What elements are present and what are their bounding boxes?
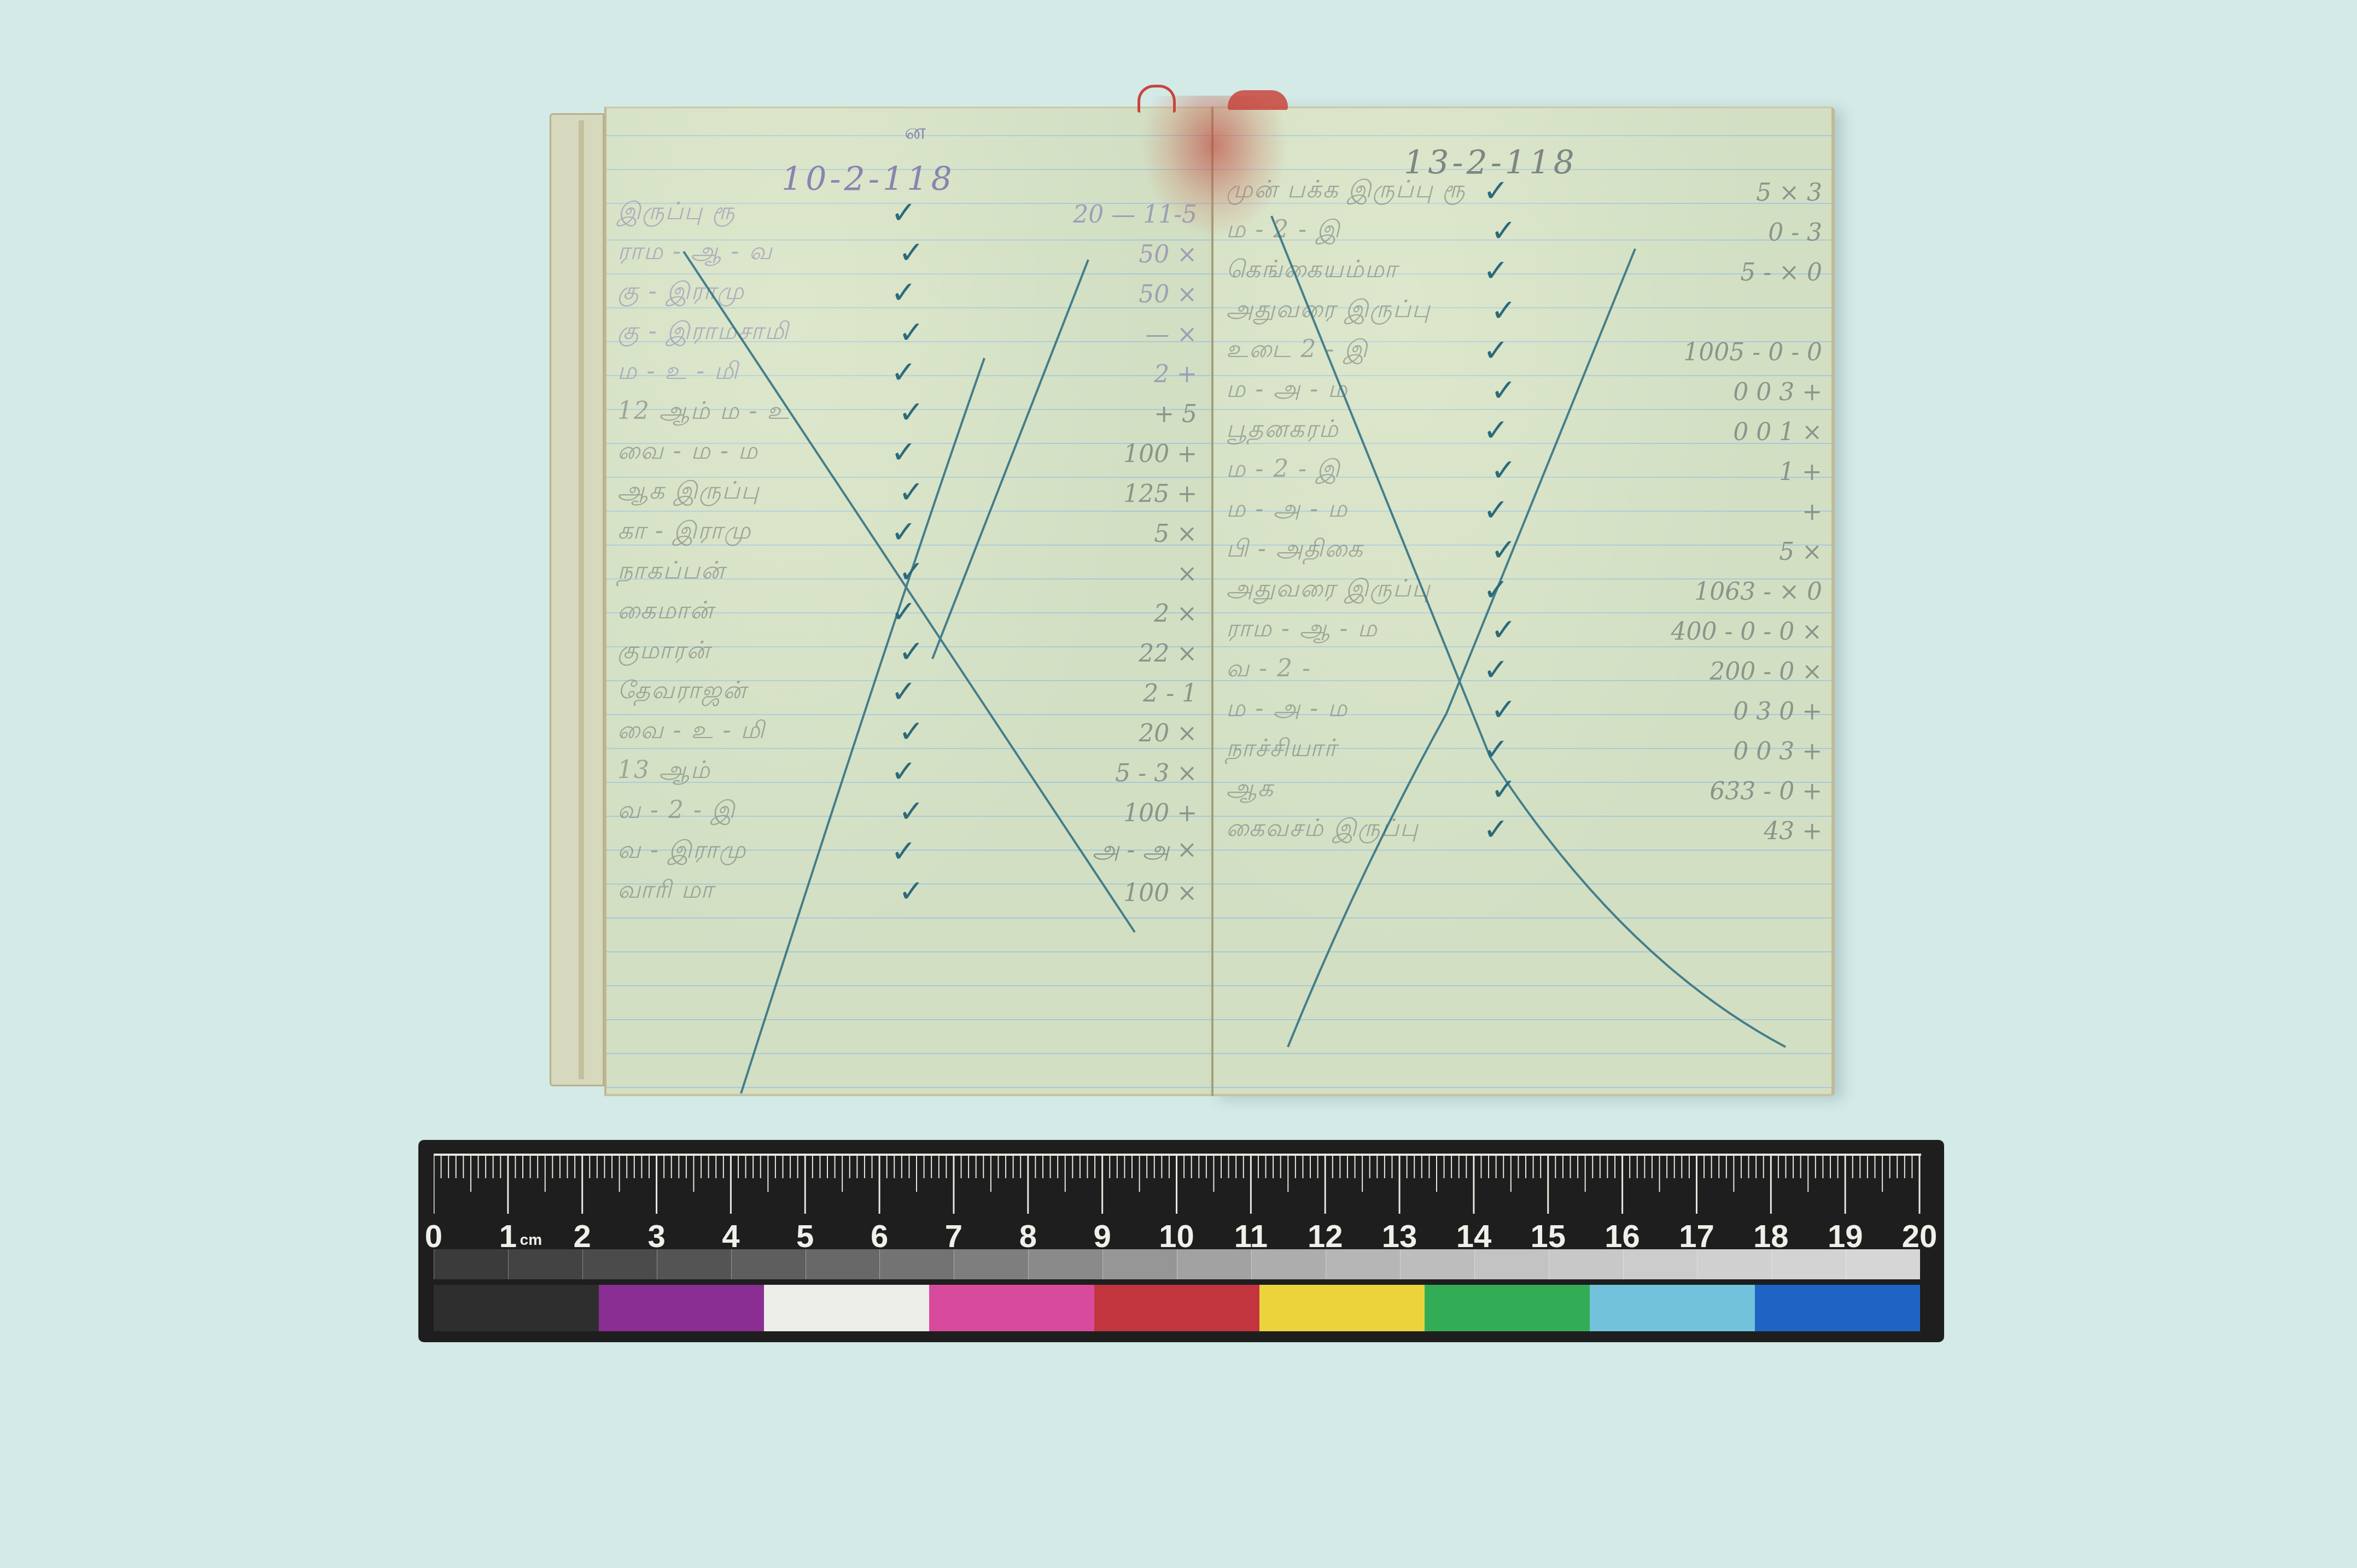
grayscale-step: [879, 1249, 954, 1279]
ledger-entry: ம - அ - ம0 0 3 +✓: [1226, 373, 1822, 406]
color-patch-yellow: [1259, 1285, 1425, 1331]
color-patch-white: [764, 1285, 929, 1331]
entry-description: நாகப்பன்: [617, 557, 726, 588]
entry-description: உடை 2 - இ: [1226, 335, 1368, 366]
ruler-unit-label: cm: [520, 1231, 542, 1249]
checkmark-icon: ✓: [1483, 173, 1509, 209]
entry-description: கா - இராமு: [617, 517, 751, 548]
entry-description: அதுவரை இருப்பு: [1226, 575, 1431, 606]
entry-amount: 1 +: [1779, 458, 1822, 486]
entry-description: வை - உ - மி: [617, 716, 766, 747]
checkmark-icon: ✓: [891, 834, 917, 869]
entry-description: ஆக இருப்பு: [617, 477, 760, 508]
checkmark-icon: ✓: [1491, 293, 1516, 329]
entry-amount: 1005 - 0 - 0: [1683, 338, 1822, 366]
grayscale-strip: [434, 1249, 1920, 1279]
entry-description: நாச்சியார்: [1226, 734, 1338, 765]
entry-description: ம - அ - ம: [1226, 495, 1348, 526]
ledger-entry: கு - இராமசாமி— ×✓: [617, 315, 1197, 348]
checkmark-icon: ✓: [899, 794, 924, 829]
entry-description: கு - இராமசாமி: [617, 317, 789, 348]
checkmark-icon: ✓: [1491, 373, 1516, 408]
ledger-entry: வ - 2 - 200 - 0 ×✓: [1226, 653, 1822, 686]
grayscale-step: [1251, 1249, 1326, 1279]
checkmark-icon: ✓: [899, 714, 924, 750]
grayscale-step: [1028, 1249, 1102, 1279]
ledger-entry: கைமான்2 ×✓: [617, 595, 1197, 628]
checkmark-icon: ✓: [899, 395, 924, 430]
ledger-entry: ம - 2 - இ1 +✓: [1226, 453, 1822, 486]
grayscale-step: [434, 1249, 508, 1279]
checkmark-icon: ✓: [899, 315, 924, 350]
checkmark-icon: ✓: [1483, 732, 1509, 768]
grayscale-step: [1400, 1249, 1474, 1279]
entry-description: ம - உ - மி: [617, 357, 739, 388]
entry-amount: 5 × 3: [1756, 179, 1822, 207]
grayscale-step: [954, 1249, 1028, 1279]
entry-description: அதுவரை இருப்பு: [1226, 295, 1431, 326]
grayscale-step: [1474, 1249, 1549, 1279]
entry-description: ம - அ - ம: [1226, 694, 1348, 726]
ledger-entry: ராம - ஆ - ம400 - 0 - 0 ×✓: [1226, 613, 1822, 646]
grayscale-step: [657, 1249, 731, 1279]
checkmark-icon: ✓: [899, 475, 924, 510]
entry-description: ம - 2 - இ: [1226, 455, 1341, 486]
entry-description: வ - 2 - இ: [617, 796, 736, 827]
checkmark-icon: ✓: [1483, 572, 1509, 608]
grayscale-step: [1697, 1249, 1771, 1279]
entry-amount: 125 +: [1123, 480, 1197, 508]
checkmark-icon: ✓: [1491, 692, 1516, 728]
ledger-entry: கா - இராமு5 ×✓: [617, 515, 1197, 548]
checkmark-icon: ✓: [1491, 533, 1516, 568]
grayscale-step: [1177, 1249, 1251, 1279]
checkmark-icon: ✓: [899, 634, 924, 670]
grayscale-step: [731, 1249, 806, 1279]
entry-amount: 5 ×: [1779, 538, 1822, 566]
entry-description: தேவராஜன்: [617, 676, 747, 707]
notebook-cover-edge: [550, 113, 604, 1086]
ledger-entry: குமாரன்22 ×✓: [617, 635, 1197, 668]
color-patch-cyan: [1590, 1285, 1755, 1331]
grayscale-step: [508, 1249, 582, 1279]
left-page: ன 10-2-118 இருப்பு ரூ20 — 11-5✓ராம - ஆ -…: [604, 107, 1212, 1096]
binding-stain: [1140, 96, 1288, 238]
ledger-entry: கெங்கையம்மா5 - × 0✓: [1226, 254, 1822, 286]
grayscale-step: [1102, 1249, 1177, 1279]
right-page: 13-2-118 முன் பக்க இருப்பு ரூ5 × 3✓ம - 2…: [1212, 107, 1835, 1096]
ledger-entry: இருப்பு ரூ20 — 11-5✓: [617, 196, 1197, 229]
checkmark-icon: ✓: [891, 275, 917, 311]
entry-amount: 0 0 3 +: [1733, 738, 1822, 765]
color-patch-red: [1094, 1285, 1259, 1331]
color-patch-purple: [599, 1285, 764, 1331]
entry-amount: +: [1802, 498, 1822, 526]
ledger-entry: நாச்சியார்0 0 3 +✓: [1226, 733, 1822, 765]
scale-ruler: 01cm234567891011121314151617181920: [418, 1140, 1944, 1342]
ledger-entry: அதுவரை இருப்பு✓: [1226, 294, 1822, 326]
cover-fold-line: [579, 120, 584, 1079]
checkmark-icon: ✓: [1483, 253, 1509, 289]
entry-description: கைமான்: [617, 596, 714, 628]
entry-amount: 5 - × 0: [1740, 259, 1822, 286]
entry-amount: 2 +: [1154, 360, 1197, 388]
entry-description: வாரி மா: [617, 876, 714, 907]
checkmark-icon: ✓: [1491, 612, 1516, 648]
entry-amount: 100 ×: [1123, 879, 1197, 907]
page-number: ன: [905, 119, 926, 147]
entry-date: 10-2-118: [781, 160, 955, 198]
entry-amount: 50 ×: [1139, 241, 1197, 268]
checkmark-icon: ✓: [1483, 333, 1509, 368]
ledger-entry: தேவராஜன்2 - 1✓: [617, 675, 1197, 707]
ledger-entry: 12 ஆம் ம - உ+ 5✓: [617, 395, 1197, 428]
entry-amount: + 5: [1154, 400, 1197, 428]
ledger-entry: ம - அ - ம+✓: [1226, 493, 1822, 526]
color-patch-blue: [1755, 1285, 1920, 1331]
checkmark-icon: ✓: [1483, 652, 1509, 688]
ledger-entry: முன் பக்க இருப்பு ரூ5 × 3✓: [1226, 174, 1822, 207]
grayscale-step: [1326, 1249, 1400, 1279]
entry-amount: 2 - 1: [1143, 680, 1197, 707]
checkmark-icon: ✓: [1483, 493, 1509, 528]
ledger-entry: ராம - ஆ - வ50 ×✓: [617, 236, 1197, 268]
ledger-entry: நாகப்பன்×✓: [617, 555, 1197, 588]
entry-amount: ×: [1177, 560, 1197, 588]
ledger-entry: ம - உ - மி2 +✓: [617, 355, 1197, 388]
ledger-entry: வ - இராமுஅ - அ ×✓: [617, 834, 1197, 867]
ledger-entry: ம - 2 - இ0 - 3✓: [1226, 214, 1822, 247]
entry-description: 12 ஆம் ம - உ: [617, 397, 790, 428]
entry-description: கு - இராமு: [617, 277, 745, 308]
color-patch-green: [1425, 1285, 1590, 1331]
binding-thread-loop: [1137, 85, 1176, 113]
entry-description: கைவசம் இருப்பு: [1226, 814, 1419, 845]
entry-amount: 43 +: [1764, 817, 1822, 845]
checkmark-icon: ✓: [1491, 453, 1516, 488]
entry-amount: 0 - 3: [1768, 219, 1822, 247]
entry-amount: 633 - 0 +: [1710, 777, 1822, 805]
checkmark-icon: ✓: [891, 435, 917, 470]
ledger-entry: உடை 2 - இ1005 - 0 - 0✓: [1226, 334, 1822, 366]
checkmark-icon: ✓: [1483, 413, 1509, 448]
entry-amount: அ - அ ×: [1093, 836, 1198, 867]
entry-amount: 400 - 0 - 0 ×: [1671, 618, 1822, 646]
notebook-spine: [1211, 107, 1213, 1096]
grayscale-step: [1846, 1249, 1920, 1279]
ledger-entry: கைவசம் இருப்பு43 +✓: [1226, 812, 1822, 845]
entry-description: ஆக: [1226, 774, 1274, 805]
ledger-entry: வை - ம - ம100 +✓: [617, 435, 1197, 468]
entry-amount: 0 0 3 +: [1733, 378, 1822, 406]
checkmark-icon: ✓: [899, 235, 924, 271]
ledger-entry: ஆக இருப்பு125 +✓: [617, 475, 1197, 508]
ledger-entry: 13 ஆம்5 - 3 ×✓: [617, 754, 1197, 787]
notebook: ன 10-2-118 இருப்பு ரூ20 — 11-5✓ராம - ஆ -…: [550, 107, 1835, 1096]
checkmark-icon: ✓: [1491, 772, 1516, 808]
entry-description: வை - ம - ம: [617, 437, 759, 468]
checkmark-icon: ✓: [1491, 213, 1516, 249]
entry-description: ராம - ஆ - வ: [617, 237, 773, 268]
checkmark-icon: ✓: [899, 554, 924, 590]
entry-amount: 22 ×: [1139, 640, 1197, 668]
checkmark-icon: ✓: [891, 195, 917, 231]
entry-amount: 2 ×: [1154, 600, 1197, 628]
ledger-entry: வாரி மா100 ×✓: [617, 874, 1197, 907]
entry-amount: 0 0 1 ×: [1733, 418, 1822, 446]
ledger-entry: பூதனகரம்0 0 1 ×✓: [1226, 413, 1822, 446]
grayscale-step: [1623, 1249, 1697, 1279]
entry-amount: 100 +: [1123, 440, 1197, 468]
entry-description: 13 ஆம்: [617, 756, 711, 787]
checkmark-icon: ✓: [1483, 812, 1509, 847]
color-calibration-strip: [434, 1285, 1920, 1331]
ledger-entry: ம - அ - ம0 3 0 +✓: [1226, 693, 1822, 726]
checkmark-icon: ✓: [891, 754, 917, 789]
ledger-entry: அதுவரை இருப்பு1063 - × 0✓: [1226, 573, 1822, 606]
color-patch-black: [434, 1285, 599, 1331]
grayscale-step: [806, 1249, 880, 1279]
checkmark-icon: ✓: [891, 355, 917, 390]
entry-amount: 0 3 0 +: [1733, 698, 1822, 726]
entry-amount: 5 - 3 ×: [1115, 759, 1197, 787]
entry-amount: 100 +: [1123, 799, 1197, 827]
entry-amount: 50 ×: [1139, 280, 1197, 308]
entry-description: கெங்கையம்மா: [1226, 255, 1398, 286]
entry-description: பி - அதிகை: [1226, 535, 1364, 566]
ledger-entry: வ - 2 - இ100 +✓: [617, 794, 1197, 827]
entry-amount: 20 ×: [1139, 719, 1197, 747]
checkmark-icon: ✓: [899, 874, 924, 909]
checkmark-icon: ✓: [891, 674, 917, 710]
color-patch-magenta: [929, 1285, 1094, 1331]
entry-amount: 1063 - × 0: [1694, 578, 1822, 606]
entry-description: குமாரன்: [617, 636, 711, 668]
ledger-entry: வை - உ - மி20 ×✓: [617, 715, 1197, 747]
ledger-entry: பி - அதிகை5 ×✓: [1226, 533, 1822, 566]
entry-amount: 5 ×: [1154, 520, 1197, 548]
entry-description: வ - 2 -: [1226, 654, 1311, 686]
checkmark-icon: ✓: [891, 594, 917, 630]
entry-description: ராம - ஆ - ம: [1226, 615, 1378, 646]
grayscale-step: [582, 1249, 657, 1279]
entry-amount: — ×: [1145, 320, 1197, 348]
ledger-entry: கு - இராமு50 ×✓: [617, 276, 1197, 308]
entry-description: ம - அ - ம: [1226, 375, 1348, 406]
entry-description: இருப்பு ரூ: [617, 197, 736, 229]
entry-description: வ - இராமு: [617, 836, 746, 867]
entry-amount: 200 - 0 ×: [1710, 658, 1822, 686]
entry-description: பூதனகரம்: [1226, 415, 1339, 446]
grayscale-step: [1771, 1249, 1846, 1279]
ledger-entry: ஆக633 - 0 +✓: [1226, 773, 1822, 805]
checkmark-icon: ✓: [891, 514, 917, 550]
grayscale-step: [1549, 1249, 1623, 1279]
binding-thread-tuft: [1228, 90, 1288, 110]
